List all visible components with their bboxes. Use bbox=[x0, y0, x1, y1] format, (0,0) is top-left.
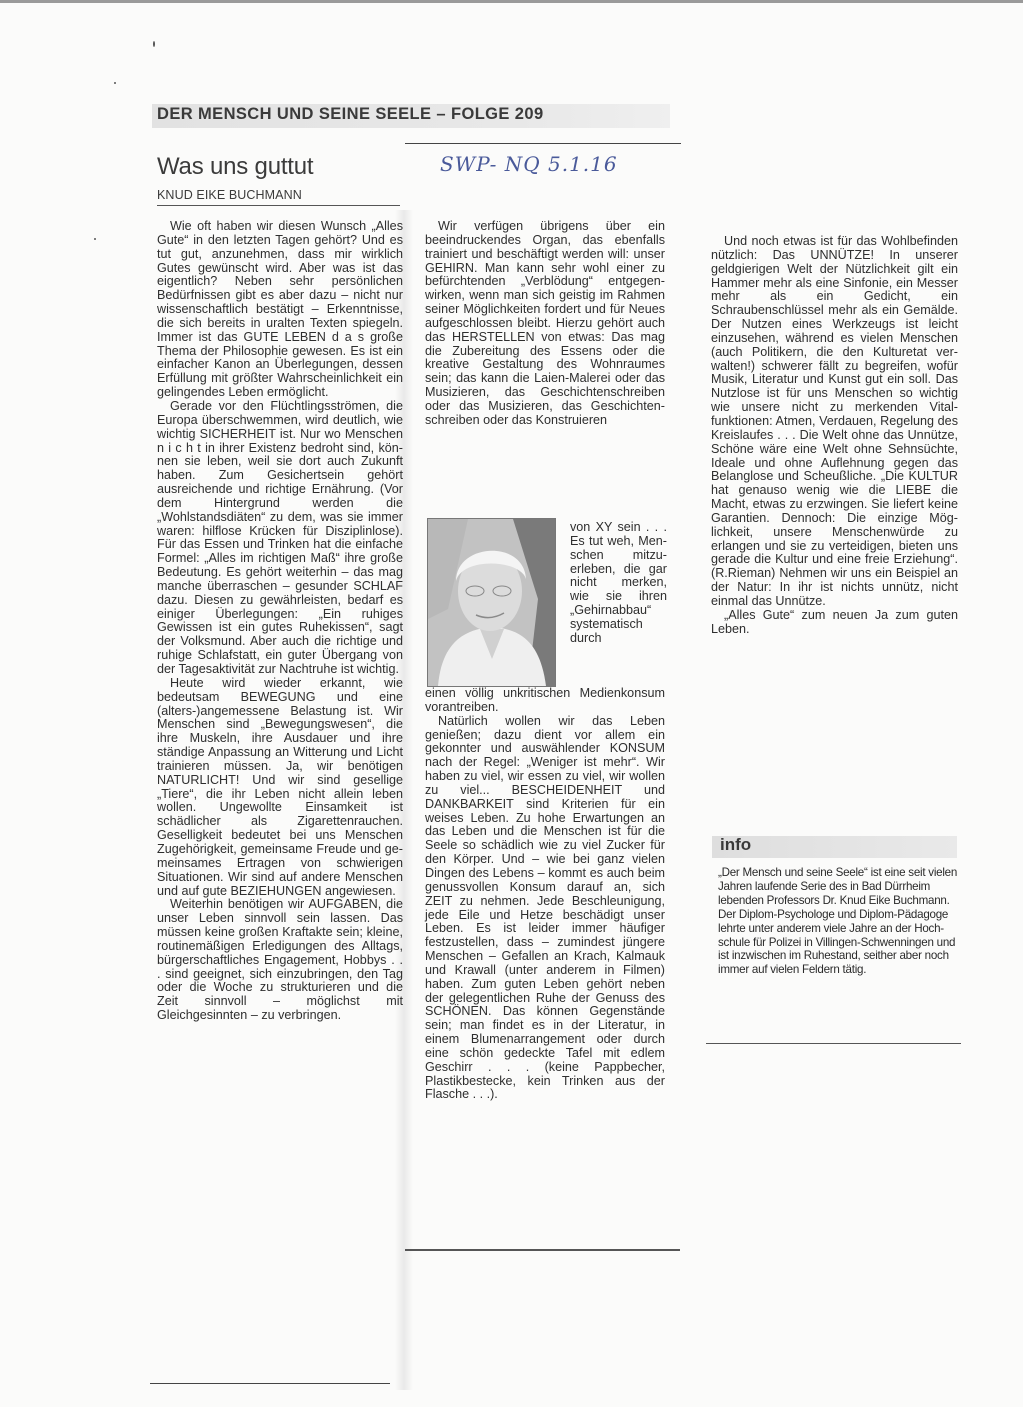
paragraph: Und noch etwas ist für das Wohlbefinden … bbox=[711, 235, 958, 609]
info-label: info bbox=[720, 835, 751, 855]
column-end-rule bbox=[150, 1383, 390, 1384]
paragraph: Heute wird wieder erkannt, wie bedeutsam… bbox=[157, 677, 403, 899]
photo-wrap-text: von XY sein . . . Es tut weh, Men­schen … bbox=[570, 521, 667, 646]
scan-speck bbox=[94, 238, 96, 240]
byline-rule bbox=[157, 205, 400, 206]
paragraph: Weiterhin benötigen wir AUF­GABEN, die u… bbox=[157, 898, 403, 1023]
author-photo bbox=[427, 518, 556, 687]
header-rule bbox=[405, 143, 681, 144]
article-column-2-continued: einen völlig unkritischen Medien­konsum … bbox=[425, 687, 665, 1102]
paragraph: Wir verfügen übrigens über ein beeindruc… bbox=[425, 220, 665, 428]
portrait-image bbox=[428, 519, 555, 686]
info-end-rule bbox=[706, 1043, 961, 1044]
article-column-1: Wie oft haben wir diesen Wunsch „Alles G… bbox=[157, 220, 403, 1023]
scan-edge bbox=[0, 0, 1023, 3]
paragraph: Gerade vor den Flüchtlingsströ­men, die … bbox=[157, 400, 403, 677]
paragraph: „Alles Gute“ zum neuen Ja zum guten Lebe… bbox=[711, 609, 958, 637]
article-column-2: Wir verfügen übrigens über ein beeindruc… bbox=[425, 220, 665, 428]
paragraph: einen völlig unkritischen Medien­konsum … bbox=[425, 687, 665, 715]
paragraph: Wie oft haben wir diesen Wunsch „Alles G… bbox=[157, 220, 403, 400]
series-title: DER MENSCH UND SEINE SEELE – FOLGE 209 bbox=[157, 105, 544, 124]
paragraph: Natürlich wollen wir das Leben genießen;… bbox=[425, 715, 665, 1103]
column-end-rule bbox=[405, 1249, 680, 1251]
headline: Was uns guttut bbox=[157, 153, 313, 181]
info-text: „Der Mensch und seine Seele“ ist eine se… bbox=[718, 866, 958, 977]
article-column-3: Und noch etwas ist für das Wohlbefinden … bbox=[711, 235, 958, 636]
handwritten-note: SWP- NQ 5.1.16 bbox=[440, 152, 618, 176]
byline: KNUD EIKE BUCHMANN bbox=[157, 188, 302, 202]
scan-speck bbox=[114, 82, 116, 84]
scan-speck bbox=[153, 41, 155, 47]
